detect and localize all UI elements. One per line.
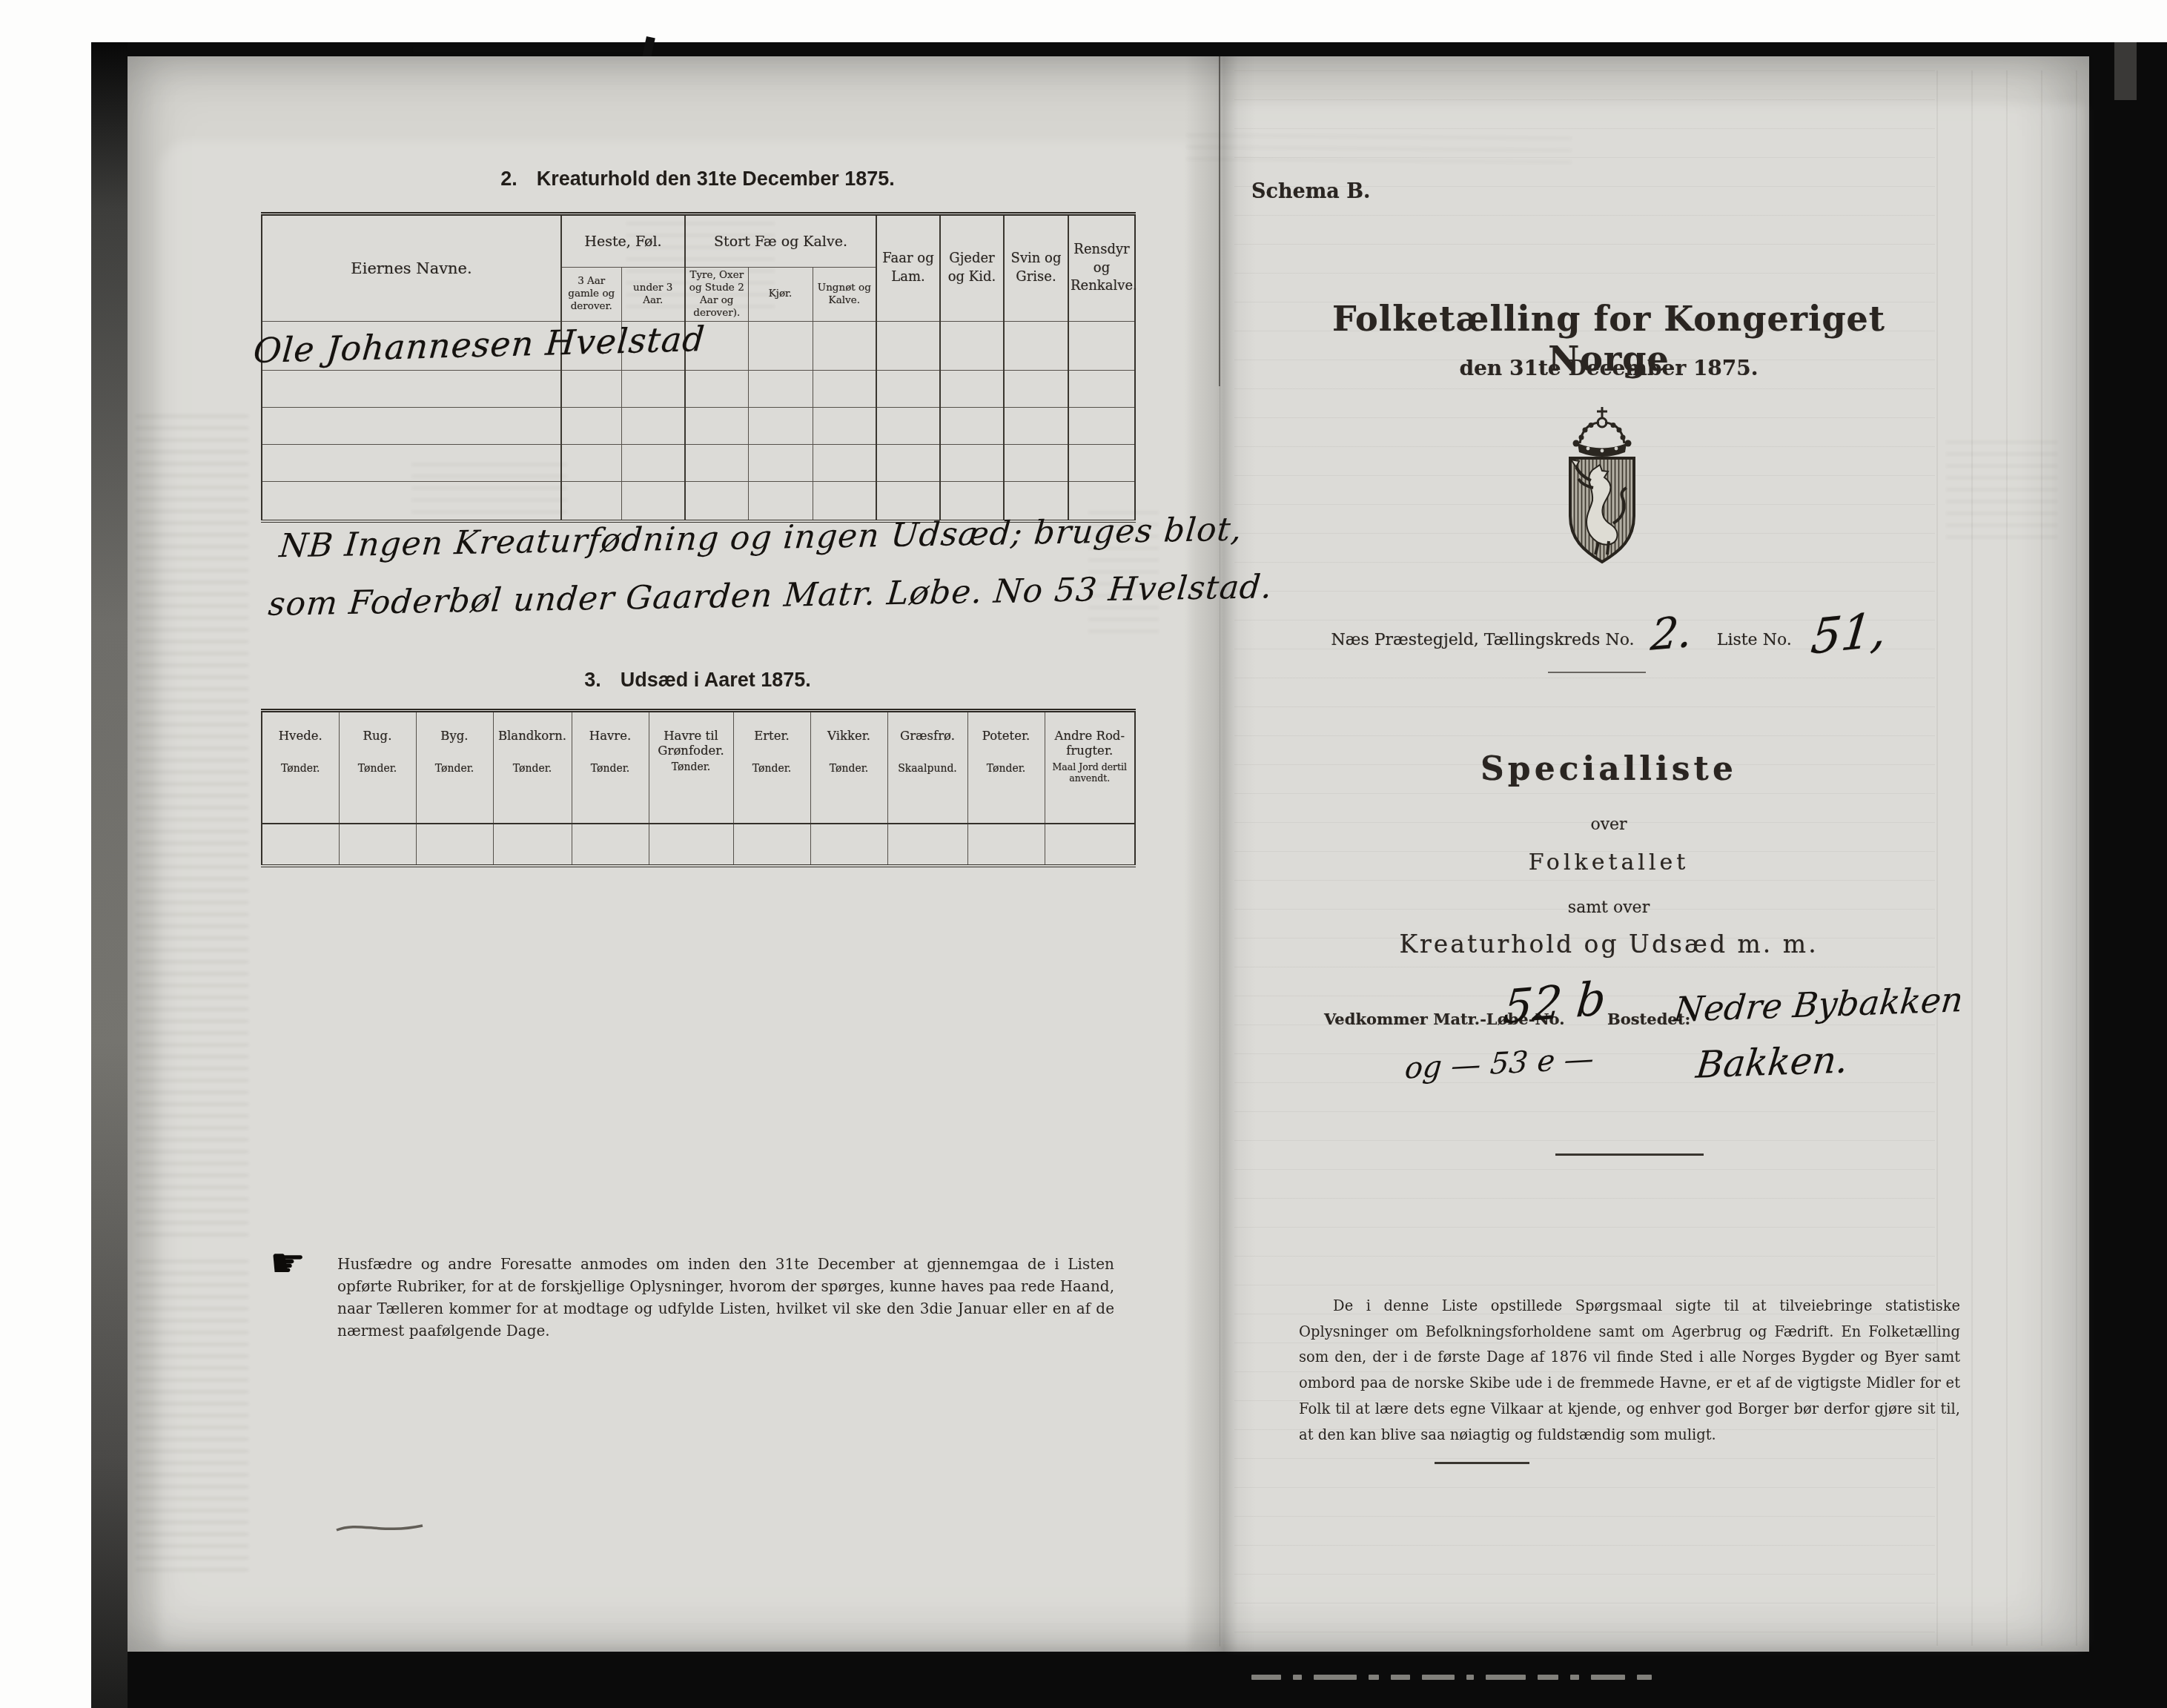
heading-over: over <box>1275 815 1942 834</box>
root-crops-label: Andre Rod- frugter. <box>1046 729 1134 758</box>
film-edge-marks <box>1251 1675 1652 1680</box>
empty-cell <box>733 824 810 866</box>
udsaed-table: Hvede. Tønder. Rug. Tønder. Byg. Tønder.… <box>261 709 1136 867</box>
col-header-rye: Rug. Tønder. <box>339 711 416 824</box>
district-line: Næs Præstegjeld, Tællingskreds No. 2. Li… <box>1275 602 1942 657</box>
handwritten-liste-number: 51, <box>1808 602 1889 666</box>
col-header-bulls-oxen: Tyre, Oxer og Stude 2 Aar og derover). <box>685 268 748 322</box>
oats-label: Havre. <box>573 729 648 744</box>
empty-cell <box>748 321 813 370</box>
section-2-number: 2. <box>500 168 517 191</box>
empty-cell <box>748 444 813 481</box>
oats-unit: Tønder. <box>573 763 648 775</box>
owner-header-label: Eiernes Navne. <box>351 259 472 277</box>
horses-young-label: under 3 Aar. <box>633 282 672 306</box>
empty-cell <box>561 481 621 521</box>
bulls-oxen-label: Tyre, Oxer og Stude 2 Aar og derover). <box>689 269 744 319</box>
empty-cell <box>262 824 339 866</box>
mixed-grain-label: Blandkorn. <box>494 729 571 744</box>
col-header-grass-seed: Græsfrø. Skaalpund. <box>887 711 967 824</box>
table-row: Ole Johannesen Hvelstad <box>262 321 1135 370</box>
sheep-header-label: Faar og Lam. <box>882 251 933 284</box>
empty-cell <box>876 481 940 521</box>
empty-cell <box>262 407 561 444</box>
empty-cell <box>1004 444 1068 481</box>
empty-cell <box>1068 444 1135 481</box>
handwritten-matr-no-1: 52 b <box>1501 971 1608 1035</box>
empty-cell <box>572 824 649 866</box>
scan-left-edge-shadow <box>91 42 128 1708</box>
wheat-label: Hvede. <box>263 729 338 744</box>
empty-cell <box>621 370 685 407</box>
empty-cell <box>876 321 940 370</box>
rye-label: Rug. <box>340 729 415 744</box>
owner-name-cell: Ole Johannesen Hvelstad <box>262 321 561 370</box>
empty-cell <box>416 824 493 866</box>
empty-cell <box>685 370 748 407</box>
oats-fodder-unit: Tønder. <box>650 761 732 773</box>
horses-old-label: 3 Aar gamle og derover. <box>568 275 615 312</box>
mixed-grain-unit: Tønder. <box>494 763 571 775</box>
separator-rule <box>1555 1153 1704 1156</box>
census-date: den 31te December 1875. <box>1275 356 1942 380</box>
liste-label: Liste No. <box>1717 631 1792 649</box>
table-row <box>262 407 1135 444</box>
barley-unit: Tønder. <box>417 763 492 775</box>
empty-cell <box>339 824 416 866</box>
empty-cell <box>940 444 1004 481</box>
col-header-oats-fodder: Havre til Grønfoder. Tønder. <box>649 711 733 824</box>
handwritten-dash <box>332 1518 429 1539</box>
potatoes-unit: Tønder. <box>969 763 1044 775</box>
kreaturhold-table: Eiernes Navne. Heste, Føl. Stort Fæ og K… <box>261 212 1136 523</box>
empty-cell <box>940 407 1004 444</box>
grass-seed-unit: Skaalpund. <box>889 763 967 775</box>
manicule-icon: ☛ <box>270 1239 305 1286</box>
empty-cell <box>940 370 1004 407</box>
heading-samt-over: samt over <box>1275 898 1942 917</box>
oats-fodder-label: Havre til Grønfoder. <box>650 729 732 758</box>
empty-cell <box>940 321 1004 370</box>
empty-cell <box>1068 321 1135 370</box>
col-header-sheep: Faar og Lam. <box>876 214 940 322</box>
empty-cell <box>813 481 876 521</box>
empty-cell <box>813 321 876 370</box>
root-crops-unit: Maal Jord dertil anvendt. <box>1046 761 1134 784</box>
empty-cell <box>262 370 561 407</box>
empty-cell <box>813 370 876 407</box>
col-header-owner: Eiernes Navne. <box>262 214 561 322</box>
grass-seed-label: Græsfrø. <box>889 729 967 744</box>
census-scan-viewer: 2. Kreaturhold den 31te December 1875. E… <box>0 0 2167 1708</box>
page-gutter-line <box>1219 56 1220 386</box>
peas-unit: Tønder. <box>735 763 810 775</box>
table-row <box>262 370 1135 407</box>
empty-cell <box>748 481 813 521</box>
schema-label: Schema B. <box>1251 180 1370 203</box>
empty-cell <box>621 407 685 444</box>
empty-cell <box>1004 407 1068 444</box>
empty-cell <box>262 444 561 481</box>
col-header-horses-old: 3 Aar gamle og derover. <box>561 268 621 322</box>
rye-unit: Tønder. <box>340 763 415 775</box>
table-header-row: Hvede. Tønder. Rug. Tønder. Byg. Tønder.… <box>262 711 1135 824</box>
goats-header-label: Gjeder og Kid. <box>948 251 996 284</box>
col-header-horses-young: under 3 Aar. <box>621 268 685 322</box>
col-header-pigs: Svin og Grise. <box>1004 214 1068 322</box>
empty-cell <box>561 407 621 444</box>
barley-label: Byg. <box>417 729 492 744</box>
empty-cell <box>685 481 748 521</box>
section-3-heading: Udsæd i Aaret 1875. <box>621 669 811 692</box>
table-row <box>262 824 1135 866</box>
empty-cell <box>621 481 685 521</box>
pigs-header-label: Svin og Grise. <box>1011 251 1062 284</box>
empty-cell <box>1004 370 1068 407</box>
table-row <box>262 444 1135 481</box>
col-header-root-crops: Andre Rod- frugter. Maal Jord dertil anv… <box>1045 711 1135 824</box>
calves-label: Ungnøt og Kalve. <box>818 282 871 306</box>
empty-cell <box>748 407 813 444</box>
section-2-title: 2. Kreaturhold den 31te December 1875. <box>261 168 1134 191</box>
col-header-potatoes: Poteter. Tønder. <box>967 711 1045 824</box>
empty-cell <box>1004 321 1068 370</box>
col-group-horses: Heste, Føl. <box>561 214 685 268</box>
bleedthrough-artifact <box>136 415 248 1245</box>
col-header-calves: Ungnøt og Kalve. <box>813 268 876 322</box>
empty-cell <box>649 824 733 866</box>
coat-of-arms-icon <box>1546 405 1658 568</box>
horses-group-label: Heste, Føl. <box>584 234 661 250</box>
empty-cell <box>561 444 621 481</box>
vetches-label: Vikker. <box>812 729 887 744</box>
empty-cell <box>748 370 813 407</box>
empty-cell <box>813 444 876 481</box>
peas-label: Erter. <box>735 729 810 744</box>
col-group-cattle: Stort Fæ og Kalve. <box>685 214 876 268</box>
bleedthrough-artifact <box>136 1260 248 1579</box>
col-header-cows: Kjør. <box>748 268 813 322</box>
col-header-vetches: Vikker. Tønder. <box>810 711 887 824</box>
heading-folketallet: Folketallet <box>1275 850 1942 875</box>
section-3-number: 3. <box>584 669 601 692</box>
empty-cell <box>813 407 876 444</box>
col-header-mixed-grain: Blandkorn. Tønder. <box>493 711 572 824</box>
col-header-oats: Havre. Tønder. <box>572 711 649 824</box>
potatoes-label: Poteter. <box>969 729 1044 744</box>
handwritten-kreds-number: 2. <box>1649 606 1694 661</box>
scan-artifact-line <box>412 47 651 52</box>
col-header-reindeer: Rensdyr og Renkalve. <box>1068 214 1135 322</box>
empty-cell <box>621 444 685 481</box>
empty-cell <box>810 824 887 866</box>
col-header-barley: Byg. Tønder. <box>416 711 493 824</box>
empty-cell <box>876 444 940 481</box>
empty-cell <box>1045 824 1135 866</box>
info-paragraph: De i denne Liste opstillede Spørgsmaal s… <box>1299 1294 1960 1448</box>
scan-artifact <box>2114 42 2137 100</box>
reindeer-header-label: Rensdyr og Renkalve. <box>1071 242 1137 294</box>
empty-cell <box>262 481 561 521</box>
heading-kreaturhold-udsaed: Kreaturhold og Udsæd m. m. <box>1275 930 1942 959</box>
separator-rule <box>1435 1462 1529 1464</box>
empty-cell <box>1068 407 1135 444</box>
cows-label: Kjør. <box>769 288 793 299</box>
empty-cell <box>876 370 940 407</box>
empty-cell <box>561 370 621 407</box>
empty-cell <box>685 444 748 481</box>
col-header-wheat: Hvede. Tønder. <box>262 711 339 824</box>
wheat-unit: Tønder. <box>263 763 338 775</box>
empty-cell <box>876 407 940 444</box>
empty-cell <box>887 824 967 866</box>
section-3-title: 3. Udsæd i Aaret 1875. <box>261 669 1134 692</box>
vetches-unit: Tønder. <box>812 763 887 775</box>
empty-cell <box>967 824 1045 866</box>
heading-specialliste: Specialliste <box>1275 750 1942 788</box>
separator-rule <box>1548 672 1646 673</box>
empty-cell <box>685 407 748 444</box>
empty-cell <box>1068 370 1135 407</box>
empty-cell <box>493 824 572 866</box>
instruction-note: Husfædre og andre Foresatte anmodes om i… <box>337 1253 1114 1342</box>
handwritten-bosted-2: Bakken. <box>1694 1038 1850 1086</box>
district-prefix: Næs Præstegjeld, Tællingskreds No. <box>1331 631 1634 649</box>
section-2-heading: Kreaturhold den 31te December 1875. <box>537 168 895 191</box>
col-header-peas: Erter. Tønder. <box>733 711 810 824</box>
cattle-group-label: Stort Fæ og Kalve. <box>714 234 847 250</box>
col-header-goats: Gjeder og Kid. <box>940 214 1004 322</box>
